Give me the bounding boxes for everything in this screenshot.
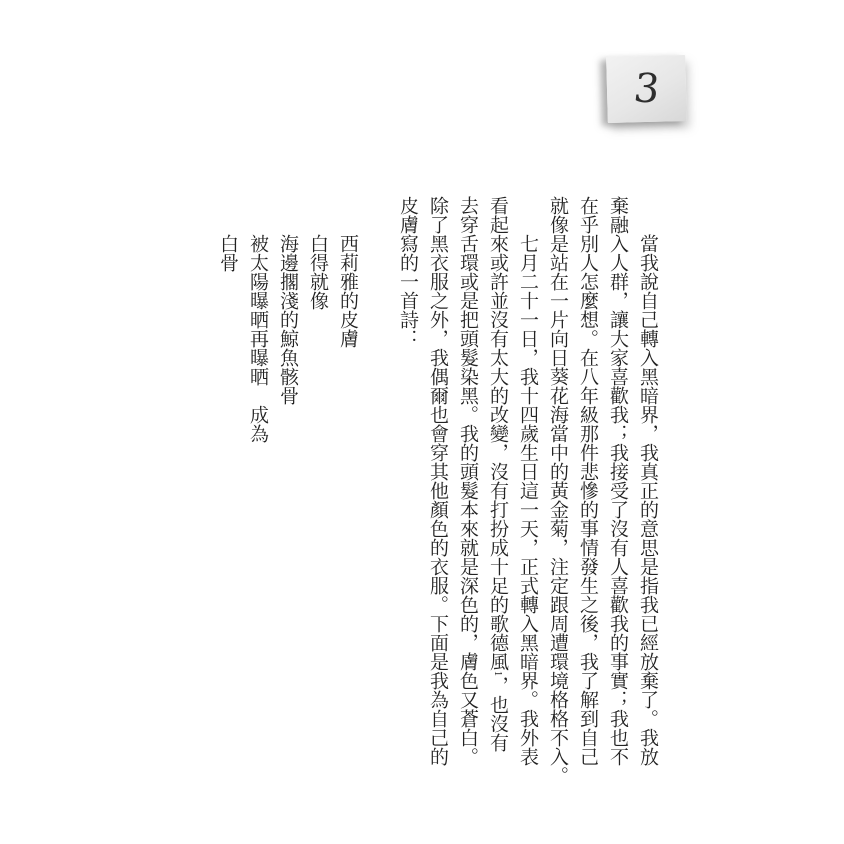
text-block: 當我說自己轉入黑暗界，我真正的意思是指我已經放棄了。我放 棄融入人群，讓大家喜歡… xyxy=(212,196,662,768)
poem-line: 西莉雅的皮膚 xyxy=(332,196,362,768)
poem-line: 被太陽曝晒再曝晒 成為 xyxy=(242,196,272,768)
prose-column: 當我說自己轉入黑暗界，我真正的意思是指我已經放棄了。我放 xyxy=(632,196,662,768)
sticky-note-number: 3 xyxy=(632,69,662,110)
prose-column: 在乎別人怎麼想。在八年級那件悲慘的事情發生之後，我了解到自己 xyxy=(572,196,602,768)
poem-line: 白得就像 xyxy=(302,196,332,768)
prose-column: 就像是站在一片向日葵花海當中的黃金菊，注定跟周遭環境格格不入。 xyxy=(542,196,572,768)
poem-line: 白骨 xyxy=(212,196,242,768)
poem-line: 海邊擱淺的鯨魚骸骨 xyxy=(272,196,302,768)
prose-column: 皮膚寫的一首詩： xyxy=(392,196,422,768)
prose-column: 去穿舌環或是把頭髮染黑。我的頭髮本來就是深色的，膚色又蒼白。 xyxy=(452,196,482,768)
prose-text: 看起來或許並沒有太大的改變，沒有打扮成十足的歌德風 xyxy=(487,196,508,671)
book-page: 3 當我說自己轉入黑暗界，我真正的意思是指我已經放棄了。我放 棄融入人群，讓大家… xyxy=(0,0,844,844)
prose-column: 七月二十一日，我十四歲生日這一天，正式轉入黑暗界。我外表 xyxy=(512,196,542,768)
prose-column: 除了黑衣服之外，我偶爾也會穿其他顏色的衣服。下面是我為自己的 xyxy=(422,196,452,768)
prose-column: 看起來或許並沒有太大的改變，沒有打扮成十足的歌德風1，也沒有 xyxy=(482,196,512,768)
prose-column: 棄融入人群，讓大家喜歡我；我接受了沒有人喜歡我的事實；我也不 xyxy=(602,196,632,768)
prose-text: ，也沒有 xyxy=(487,676,508,752)
sticky-note: 3 xyxy=(606,55,687,123)
poem: 西莉雅的皮膚 白得就像 海邊擱淺的鯨魚骸骨 被太陽曝晒再曝晒 成為 白骨 xyxy=(212,196,362,768)
